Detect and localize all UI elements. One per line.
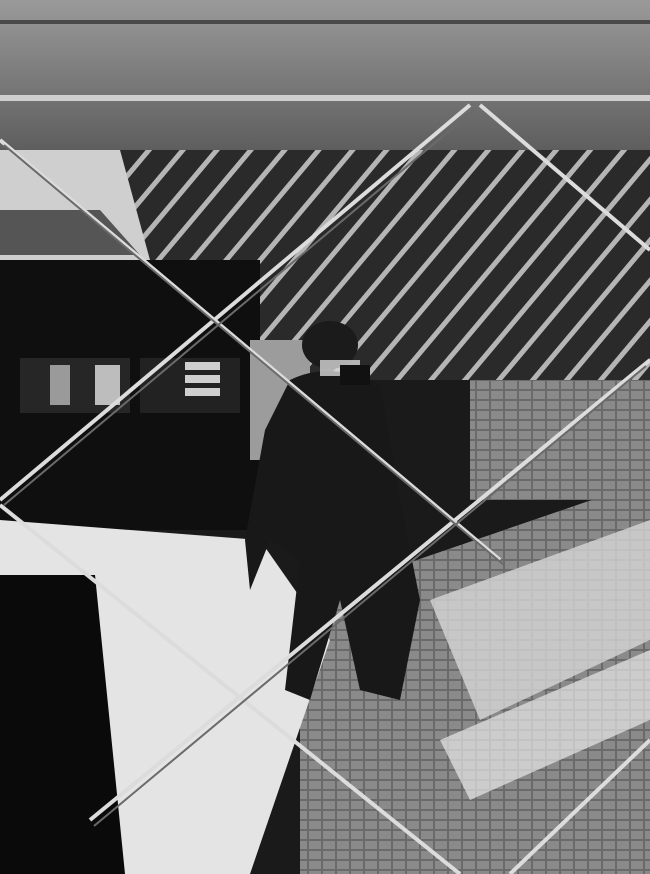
photograph: [0, 0, 650, 874]
mirror-scene: [0, 0, 650, 874]
